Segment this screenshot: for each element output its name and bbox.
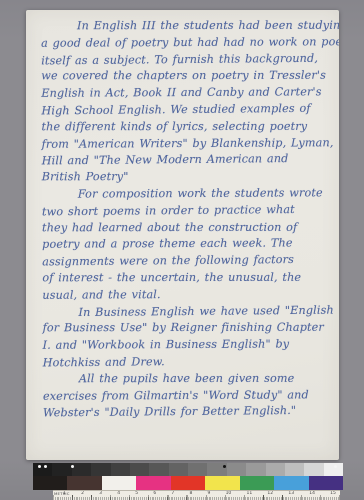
handwritten-line: for Business Use" by Reigner finishing C… — [43, 320, 336, 337]
grayscale-step — [169, 463, 188, 476]
handwritten-line: High School English. We studied examples… — [41, 101, 334, 121]
handwritten-line: they had learned about the construction … — [42, 219, 335, 236]
registration-dot — [223, 465, 226, 468]
handwritten-line: a good deal of poetry but had had no wor… — [41, 34, 334, 52]
handwritten-line: British Poetry" — [42, 169, 335, 186]
registration-dot — [71, 465, 74, 468]
color-patch-black — [33, 476, 67, 490]
metric-ruler: METRIC 123456789101112131415 — [53, 490, 340, 500]
handwritten-line: Webster's "Daily Drills for Better Engli… — [43, 403, 336, 423]
grayscale-step — [246, 463, 265, 476]
handwritten-line: of interest - the uncertain, the unusual… — [42, 270, 335, 287]
color-strip — [33, 476, 343, 490]
grayscale-step — [266, 463, 285, 476]
handwritten-line: English in Act, Book II and Canby and Ca… — [41, 84, 334, 102]
handwritten-line: In Business English we have used "Englis… — [42, 302, 335, 322]
grayscale-step — [72, 463, 91, 476]
handwriting-block: In English III the students had been stu… — [41, 17, 336, 422]
color-patch-purple — [309, 476, 343, 490]
color-patch-white — [102, 476, 136, 490]
color-patch-magenta — [136, 476, 170, 490]
handwritten-line: assignments were on the following factor… — [42, 252, 335, 272]
grayscale-strip — [33, 463, 343, 476]
color-patch-red — [171, 476, 205, 490]
grayscale-step — [111, 463, 130, 476]
calibration-bar — [33, 463, 343, 490]
color-patch-blue — [274, 476, 308, 490]
grayscale-step — [130, 463, 149, 476]
grayscale-step — [227, 463, 246, 476]
handwritten-line: In English III the students had been stu… — [41, 18, 334, 35]
registration-dot — [44, 465, 47, 468]
grayscale-step — [33, 463, 52, 476]
handwritten-line: Hotchkiss and Drew. — [43, 353, 336, 373]
handwritten-line: we covered the chapters on poetry in Tre… — [41, 68, 334, 85]
color-patch-green — [240, 476, 274, 490]
handwritten-page: In English III the students had been stu… — [26, 10, 339, 460]
grayscale-step — [304, 463, 323, 476]
grayscale-step — [52, 463, 71, 476]
registration-dot — [38, 465, 41, 468]
grayscale-step — [91, 463, 110, 476]
handwritten-line: usual, and the vital. — [42, 286, 335, 304]
color-patch-yellow — [205, 476, 239, 490]
color-patch-dark-brown — [67, 476, 101, 490]
handwritten-line: the different kinds of lyrics, selecting… — [42, 119, 335, 136]
registration-dot — [334, 465, 337, 468]
handwritten-line: two short poems in order to practice wha… — [42, 201, 335, 221]
grayscale-step — [285, 463, 304, 476]
handwritten-line: I. and "Workbook in Business English" by — [43, 336, 336, 354]
grayscale-step — [188, 463, 207, 476]
handwritten-line: For composition work the students wrote — [42, 185, 335, 203]
handwritten-line: All the pupils have been given some — [43, 370, 336, 387]
handwritten-line: Hill and "The New Modern American and — [42, 151, 335, 171]
grayscale-step — [149, 463, 168, 476]
